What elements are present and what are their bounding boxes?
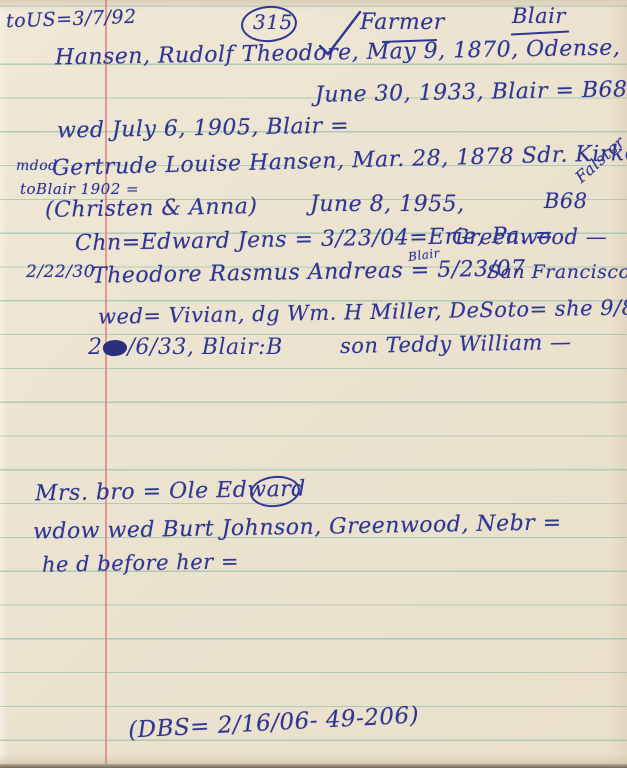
child2-line: Theodore Rasmus Andreas = 5/23/07 [92,256,526,289]
wife-to-blair-note: toBlair 1902 = [20,180,139,198]
widow-note: he d before her = [42,549,239,576]
child1-place: Greenwood — [452,225,607,249]
occupation: Farmer [360,10,445,35]
subject-name-line: Hansen, Rudolf Theodore, May 9, 1870, Od… [55,35,627,71]
wife-parents: (Christen & Anna) [45,194,258,223]
child2-note-line: 2/6/33, Blair:B [88,335,283,360]
subject-death-line: June 30, 1933, Blair = B68 [315,77,627,107]
handwritten-record-page: toUS=3/7/92 315 Farmer Blair Hansen, Rud… [0,0,627,768]
widow-remarriage-note: wdow wed Burt Johnson, Greenwood, Nebr = [33,510,562,544]
scan-bottom-edge [0,764,627,768]
town-underline [511,30,569,35]
wife-death-ref: B68 [544,189,588,213]
record-number: 315 [253,10,293,34]
child2-margin-date: 2/22/30 [26,262,95,282]
red-margin-line [105,0,107,768]
subject-marriage-line: wed July 6, 1905, Blair = [57,113,350,143]
source-note: (DBS= 2/16/06- 49-206) [128,702,420,743]
child2-son: son Teddy William — [340,330,572,358]
ink-blot [102,338,128,357]
wife-death-date: June 8, 1955, [310,192,465,217]
child2-note-prefix: 2 [88,335,103,360]
child2-note-rest: /6/33, Blair:B [128,335,283,360]
child2-marriage-line: wed= Vivian, dg Wm. H Miller, DeSoto= sh… [98,293,627,329]
child2-place: San Francisco [487,261,627,283]
wife-line: Gertrude Louise Hansen, Mar. 28, 1878 Sd… [52,140,627,181]
immigration-note: toUS=3/7/92 [6,6,137,33]
town-header: Blair [512,4,566,28]
